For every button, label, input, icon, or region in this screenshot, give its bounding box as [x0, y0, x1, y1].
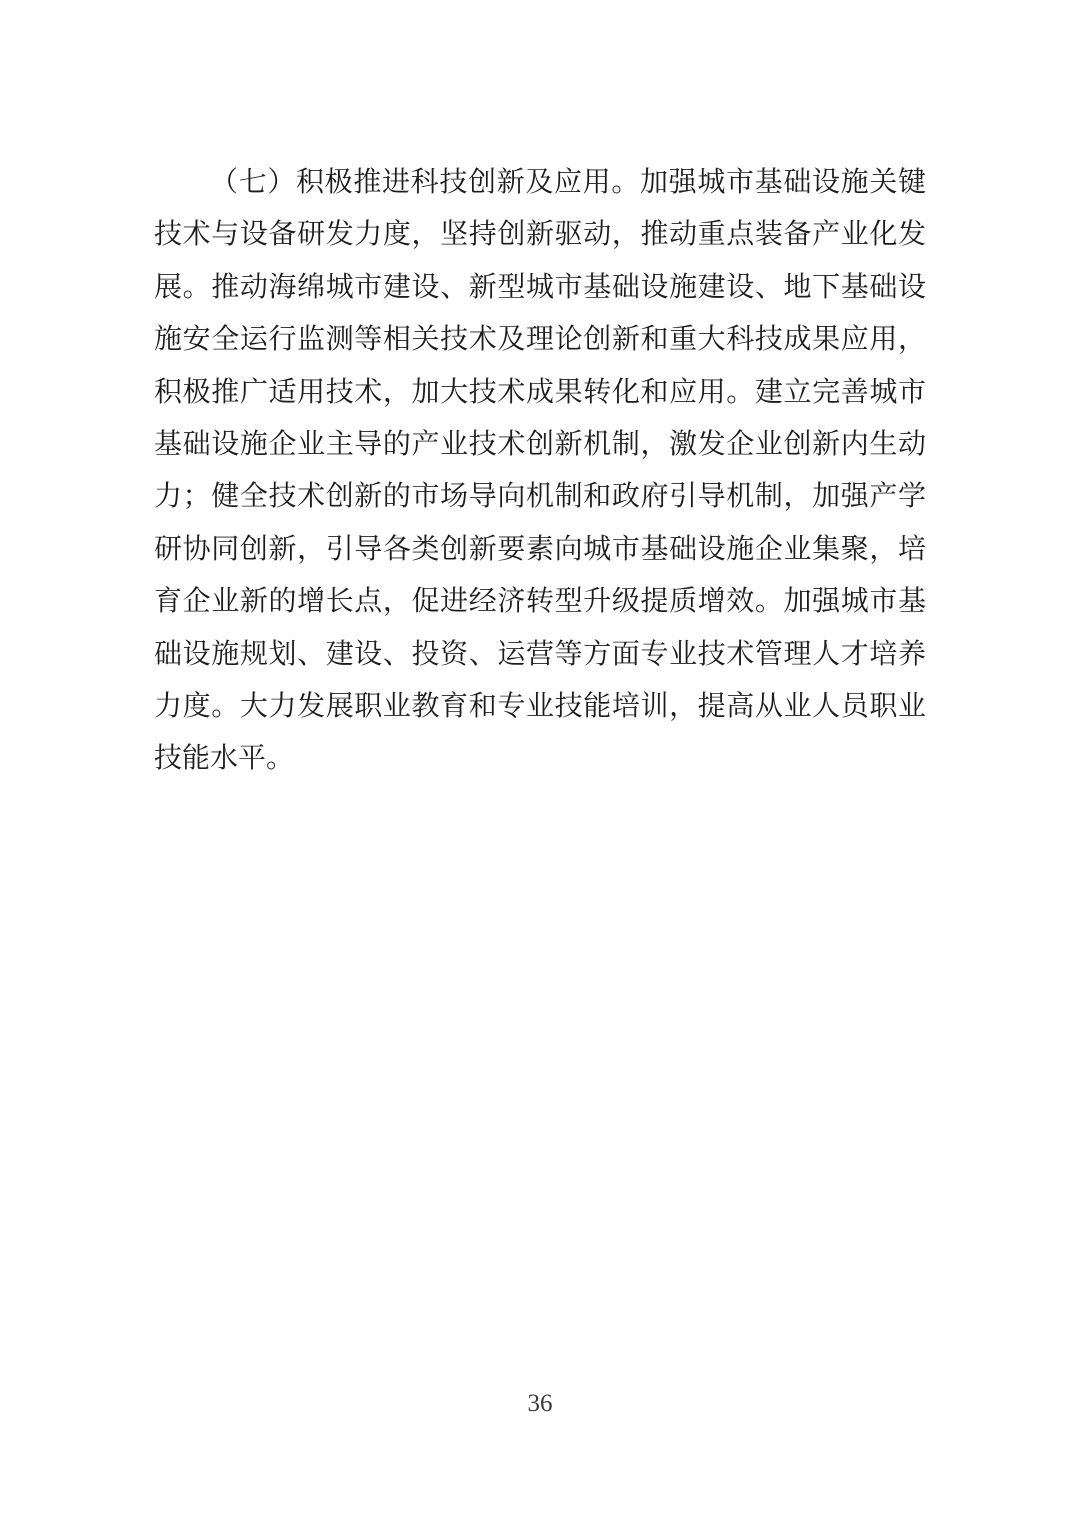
- paragraph-line: 施安全运行监测等相关技术及理论创新和重大科技成果应用，: [154, 314, 926, 366]
- paragraph-line: 技术与设备研发力度，坚持创新驱动，推动重点装备产业化发: [154, 209, 926, 261]
- paragraph-line: 力；健全技术创新的市场导向机制和政府引导机制，加强产学: [154, 471, 926, 523]
- paragraph-line: 基础设施企业主导的产业技术创新机制，激发企业创新内生动: [154, 419, 926, 471]
- paragraph-line: （七）积极推进科技创新及应用。加强城市基础设施关键: [154, 157, 926, 209]
- paragraph-line: 力度。大力发展职业教育和专业技能培训，提高从业人员职业: [154, 681, 926, 733]
- page-number: 36: [0, 1390, 1080, 1418]
- paragraph-line: 技能水平。: [154, 733, 926, 785]
- paragraph-line: 展。推动海绵城市建设、新型城市基础设施建设、地下基础设: [154, 262, 926, 314]
- paragraph-line: 研协同创新，引导各类创新要素向城市基础设施企业集聚，培: [154, 524, 926, 576]
- paragraph-line: 育企业新的增长点，促进经济转型升级提质增效。加强城市基: [154, 576, 926, 628]
- paragraph-line: 积极推广适用技术，加大技术成果转化和应用。建立完善城市: [154, 367, 926, 419]
- paragraph-line: 础设施规划、建设、投资、运营等方面专业技术管理人才培养: [154, 629, 926, 681]
- document-page: （七）积极推进科技创新及应用。加强城市基础设施关键 技术与设备研发力度，坚持创新…: [0, 0, 1080, 1527]
- paragraph-block: （七）积极推进科技创新及应用。加强城市基础设施关键 技术与设备研发力度，坚持创新…: [154, 157, 926, 786]
